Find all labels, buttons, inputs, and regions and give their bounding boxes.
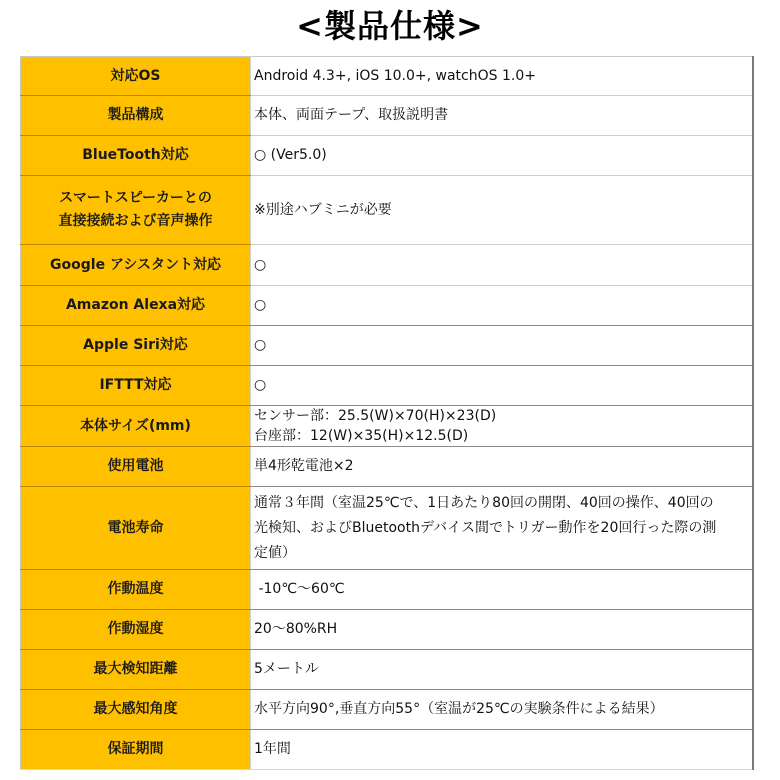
spec-row-operating-temperature: 作動温度 -10℃～60℃ xyxy=(21,570,753,610)
spec-row-ifttt: IFTTT対応○ xyxy=(21,366,753,406)
spec-label-text: 最大検知距離 xyxy=(27,658,244,681)
spec-value-text: ○ xyxy=(254,374,748,397)
spec-label: 対応OS xyxy=(21,57,251,96)
spec-row-os: 対応OSAndroid 4.3+, iOS 10.0+, watchOS 1.0… xyxy=(21,57,753,96)
spec-label-text: 製品構成 xyxy=(27,104,244,127)
spec-label-text: Google アシスタント対応 xyxy=(27,254,244,277)
spec-label-text: 作動温度 xyxy=(27,578,244,601)
spec-value-text: 台座部：12(W)×35(H)×12.5(D) xyxy=(254,426,748,446)
spec-label-text: IFTTT対応 xyxy=(27,374,244,397)
spec-value-text: センサー部：25.5(W)×70(H)×23(D) xyxy=(254,406,748,426)
spec-value-text: 光検知、およびBluetoothデバイス間でトリガー動作を20回行った際の測 xyxy=(254,516,748,541)
spec-label: スマートスピーカーとの直接接続および音声操作 xyxy=(21,176,251,245)
spec-row-max-detection-angle: 最大感知角度水平方向90°,垂直方向55°（室温が25℃の実験条件による結果） xyxy=(21,690,753,730)
spec-value: -10℃～60℃ xyxy=(251,570,753,610)
spec-value-text: 本体、両面テープ、取扱説明書 xyxy=(254,104,748,127)
spec-label: 使用電池 xyxy=(21,447,251,487)
spec-row-smart-speaker: スマートスピーカーとの直接接続および音声操作※別途ハブミニが必要 xyxy=(21,176,753,245)
spec-value: 5メートル xyxy=(251,650,753,690)
spec-value-text: -10℃～60℃ xyxy=(254,578,748,601)
spec-row-warranty: 保証期間1年間 xyxy=(21,730,753,770)
spec-value-text: 通常３年間（室温25℃で、1日あたり80回の開閉、40回の操作、40回の xyxy=(254,491,748,516)
spec-label-text: 電池寿命 xyxy=(27,517,244,540)
spec-value-text: 水平方向90°,垂直方向55°（室温が25℃の実験条件による結果） xyxy=(254,698,748,721)
spec-label-text: 最大感知角度 xyxy=(27,698,244,721)
spec-table-body: 対応OSAndroid 4.3+, iOS 10.0+, watchOS 1.0… xyxy=(21,57,753,770)
spec-value: ○ xyxy=(251,286,753,326)
spec-row-bluetooth: BlueTooth対応○ (Ver5.0) xyxy=(21,136,753,176)
spec-row-contents: 製品構成本体、両面テープ、取扱説明書 xyxy=(21,96,753,136)
spec-label-text: 直接接続および音声操作 xyxy=(27,210,244,233)
spec-value: ○ xyxy=(251,366,753,406)
spec-row-size: 本体サイズ(mm)センサー部：25.5(W)×70(H)×23(D)台座部：12… xyxy=(21,406,753,447)
page-title: <製品仕様> xyxy=(0,4,780,48)
spec-value: 通常３年間（室温25℃で、1日あたり80回の開閉、40回の操作、40回の光検知、… xyxy=(251,487,753,570)
spec-value: 本体、両面テープ、取扱説明書 xyxy=(251,96,753,136)
spec-value: 水平方向90°,垂直方向55°（室温が25℃の実験条件による結果） xyxy=(251,690,753,730)
spec-label-text: BlueTooth対応 xyxy=(27,144,244,167)
spec-row-operating-humidity: 作動湿度20～80%RH xyxy=(21,610,753,650)
spec-label: Google アシスタント対応 xyxy=(21,245,251,286)
spec-label-text: 保証期間 xyxy=(27,738,244,761)
spec-value-text: ○ xyxy=(254,294,748,317)
spec-row-battery-life: 電池寿命通常３年間（室温25℃で、1日あたり80回の開閉、40回の操作、40回の… xyxy=(21,487,753,570)
spec-label-text: スマートスピーカーとの xyxy=(27,187,244,210)
spec-value-text: Android 4.3+, iOS 10.0+, watchOS 1.0+ xyxy=(254,65,748,88)
spec-label: BlueTooth対応 xyxy=(21,136,251,176)
spec-value-text: 20～80%RH xyxy=(254,618,748,641)
spec-label-text: Apple Siri対応 xyxy=(27,334,244,357)
spec-value-text: 単4形乾電池×2 xyxy=(254,455,748,478)
spec-label-text: 本体サイズ(mm) xyxy=(27,415,244,438)
spec-table: 対応OSAndroid 4.3+, iOS 10.0+, watchOS 1.0… xyxy=(20,56,754,770)
spec-row-google-assistant: Google アシスタント対応○ xyxy=(21,245,753,286)
spec-row-battery: 使用電池単4形乾電池×2 xyxy=(21,447,753,487)
spec-label: 作動湿度 xyxy=(21,610,251,650)
spec-label: 作動温度 xyxy=(21,570,251,610)
spec-value-text: 1年間 xyxy=(254,738,748,761)
spec-label: 電池寿命 xyxy=(21,487,251,570)
spec-value-text: 定値） xyxy=(254,541,748,566)
spec-value: 1年間 xyxy=(251,730,753,770)
spec-label: 保証期間 xyxy=(21,730,251,770)
spec-value: ※別途ハブミニが必要 xyxy=(251,176,753,245)
spec-label: Amazon Alexa対応 xyxy=(21,286,251,326)
spec-label: 最大検知距離 xyxy=(21,650,251,690)
spec-label-text: 使用電池 xyxy=(27,455,244,478)
spec-label-text: Amazon Alexa対応 xyxy=(27,294,244,317)
spec-value: Android 4.3+, iOS 10.0+, watchOS 1.0+ xyxy=(251,57,753,96)
spec-value-text: ○ xyxy=(254,254,748,277)
spec-label: 製品構成 xyxy=(21,96,251,136)
spec-label-text: 対応OS xyxy=(27,65,244,88)
spec-row-alexa: Amazon Alexa対応○ xyxy=(21,286,753,326)
spec-value: ○ (Ver5.0) xyxy=(251,136,753,176)
spec-value: ○ xyxy=(251,245,753,286)
spec-value-text: ○ xyxy=(254,334,748,357)
spec-value: センサー部：25.5(W)×70(H)×23(D)台座部：12(W)×35(H)… xyxy=(251,406,753,447)
spec-value-text: ○ (Ver5.0) xyxy=(254,144,748,167)
spec-row-max-detection-distance: 最大検知距離5メートル xyxy=(21,650,753,690)
spec-label-text: 作動湿度 xyxy=(27,618,244,641)
spec-label: IFTTT対応 xyxy=(21,366,251,406)
spec-value: ○ xyxy=(251,326,753,366)
spec-value: 20～80%RH xyxy=(251,610,753,650)
spec-value-text: 5メートル xyxy=(254,658,748,681)
spec-row-siri: Apple Siri対応○ xyxy=(21,326,753,366)
spec-label: Apple Siri対応 xyxy=(21,326,251,366)
spec-value: 単4形乾電池×2 xyxy=(251,447,753,487)
spec-value-text: ※別途ハブミニが必要 xyxy=(254,199,748,222)
spec-label: 本体サイズ(mm) xyxy=(21,406,251,447)
spec-label: 最大感知角度 xyxy=(21,690,251,730)
